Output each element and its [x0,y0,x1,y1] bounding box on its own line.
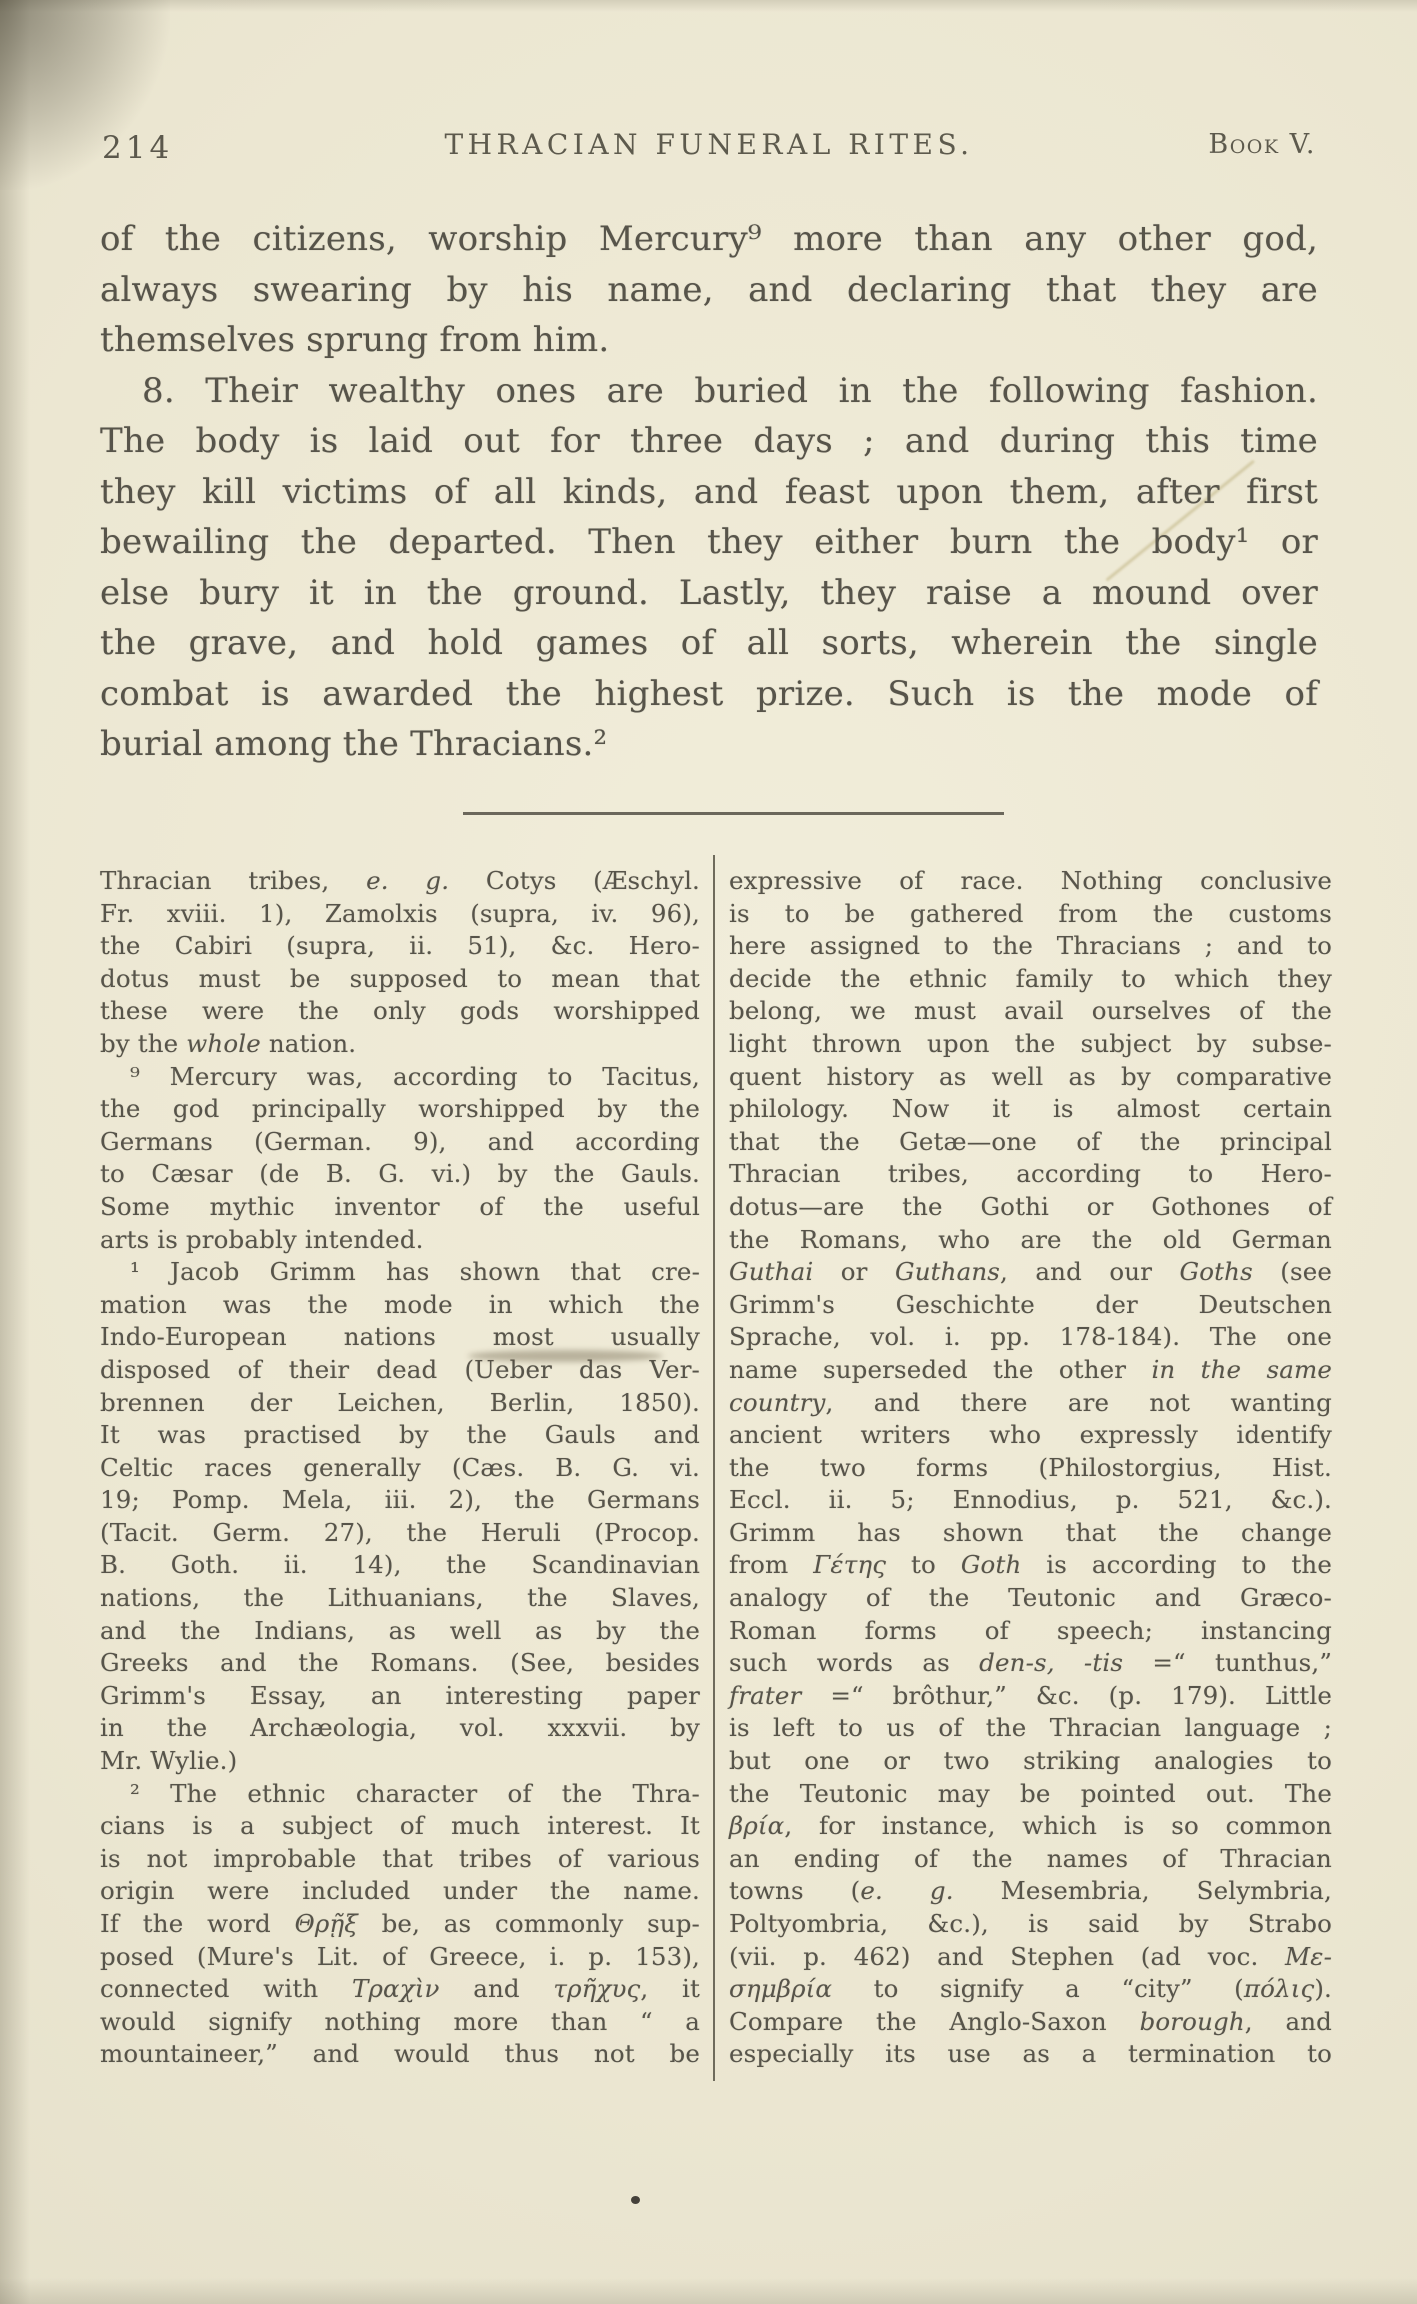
text-line: such words as den-s, -tis =“ tunthus,” [729,1647,1332,1680]
text-line: always swearing by his name, and declari… [100,265,1318,316]
book-page: 214 THRACIAN FUNERAL RITES. Book V. of t… [0,0,1417,2304]
text-line: Poltyombria, &c.), is said by Strabo [729,1908,1332,1941]
text-line: is left to us of the Thracian language ; [729,1712,1332,1745]
text-line: is to be gathered from the customs [729,898,1332,931]
text-line: Celtic races generally (Cæs. B. G. vi. [100,1452,700,1485]
text-line: else bury it in the ground. Lastly, they… [100,568,1318,619]
text-line: posed (Mure's Lit. of Greece, i. p. 153)… [100,1941,700,1974]
text-line: connected with Τραχὶν and τρῆχυς, it [100,1973,700,2006]
text-line: ² The ethnic character of the Thra- [100,1778,700,1811]
text-line: bewailing the departed. Then they either… [100,517,1318,568]
text-line: country, and there are not wanting [729,1387,1332,1420]
text-line: Germans (German. 9), and according [100,1126,700,1159]
text-line: the Cabiri (supra, ii. 51), &c. Hero- [100,930,700,963]
text-line: (Tacit. Germ. 27), the Heruli (Procop. [100,1517,700,1550]
text-line: It was practised by the Gauls and [100,1419,700,1452]
text-line: here assigned to the Thracians ; and to [729,930,1332,963]
text-line: Thracian tribes, e. g. Cotys (Æschyl. [100,865,700,898]
text-line: dotus—are the Gothi or Gothones of [729,1191,1332,1224]
text-line: they kill victims of all kinds, and feas… [100,467,1318,518]
text-line: towns (e. g. Mesembria, Selymbria, [729,1875,1332,1908]
text-line: the Teutonic may be pointed out. The [729,1778,1332,1811]
text-line: belong, we must avail ourselves of the [729,995,1332,1028]
text-line: ancient writers who expressly identify [729,1419,1332,1452]
text-line: name superseded the other in the same [729,1354,1332,1387]
text-line: burial among the Thracians.² [100,719,1318,770]
text-line: arts is probably intended. [100,1224,700,1257]
text-line: βρία, for instance, which is so common [729,1810,1332,1843]
text-line: Grimm's Geschichte der Deutschen [729,1289,1332,1322]
text-line: ¹ Jacob Grimm has shown that cre- [100,1256,700,1289]
text-line: the grave, and hold games of all sorts, … [100,618,1318,669]
text-line: (vii. p. 462) and Stephen (ad voc. Με- [729,1941,1332,1974]
text-line: philology. Now it is almost certain [729,1093,1332,1126]
page-header: 214 THRACIAN FUNERAL RITES. Book V. [100,126,1318,174]
text-line: The body is laid out for three days ; an… [100,416,1318,467]
text-line: cians is a subject of much interest. It [100,1810,700,1843]
text-line: mountaineer,” and would thus not be [100,2038,700,2071]
text-line: by the whole nation. [100,1028,700,1061]
text-line: If the word Θρῇξ be, as commonly sup- [100,1908,700,1941]
book-label: Book V. [1208,129,1316,160]
text-line: 19; Pomp. Mela, iii. 2), the Germans [100,1484,700,1517]
ink-smudge [468,1350,663,1362]
text-line: Compare the Anglo-Saxon borough, and [729,2006,1332,2039]
text-line: of the citizens, worship Mercury⁹ more t… [100,214,1318,265]
scan-edge-shadow-left [0,0,30,2304]
footnote-column-divider [713,855,715,2081]
footnote-column-left: Thracian tribes, e. g. Cotys (Æschyl.Fr.… [100,865,700,2071]
text-line: quent history as well as by comparative [729,1061,1332,1094]
text-line: the god principally worshipped by the [100,1093,700,1126]
text-line: σημβρία to signify a “city” (πόλις). [729,1973,1332,2006]
text-line: decide the ethnic family to which they [729,963,1332,996]
text-line: Greeks and the Romans. (See, besides [100,1647,700,1680]
text-line: the two forms (Philostorgius, Hist. [729,1452,1332,1485]
text-line: ⁹ Mercury was, according to Tacitus, [100,1061,700,1094]
text-line: these were the only gods worshipped [100,995,700,1028]
text-line: but one or two striking analogies to [729,1745,1332,1778]
text-line: from Γέτης to Goth is according to the [729,1549,1332,1582]
text-line: origin were included under the name. [100,1875,700,1908]
text-line: especially its use as a termination to [729,2038,1332,2071]
ink-speck [631,2196,640,2204]
text-line: B. Goth. ii. 14), the Scandinavian [100,1549,700,1582]
text-line: Thracian tribes, according to Hero- [729,1158,1332,1191]
text-line: Grimm has shown that the change [729,1517,1332,1550]
text-line: combat is awarded the highest prize. Suc… [100,669,1318,720]
text-line: is not improbable that tribes of various [100,1843,700,1876]
text-line: Some mythic inventor of the useful [100,1191,700,1224]
text-line: that the Getæ—one of the principal [729,1126,1332,1159]
text-line: Guthai or Guthans, and our Goths (see [729,1256,1332,1289]
text-line: the Romans, who are the old German [729,1224,1332,1257]
text-line: expressive of race. Nothing conclusive [729,865,1332,898]
text-line: dotus must be supposed to mean that [100,963,700,996]
text-line: brennen der Leichen, Berlin, 1850). [100,1387,700,1420]
text-line: themselves sprung from him. [100,315,1318,366]
text-line: Eccl. ii. 5; Ennodius, p. 521, &c.). [729,1484,1332,1517]
text-line: an ending of the names of Thracian [729,1843,1332,1876]
text-line: to Cæsar (de B. G. vi.) by the Gauls. [100,1158,700,1191]
text-line: Indo-European nations most usually [100,1321,700,1354]
text-line: Sprache, vol. i. pp. 178-184). The one [729,1321,1332,1354]
text-line: Grimm's Essay, an interesting paper [100,1680,700,1713]
footnote-column-right: expressive of race. Nothing conclusiveis… [729,865,1332,2071]
text-line: would signify nothing more than “ a [100,2006,700,2039]
scan-edge-shadow-top [0,0,1417,12]
text-line: Roman forms of speech; instancing [729,1615,1332,1648]
text-line: analogy of the Teutonic and Græco- [729,1582,1332,1615]
text-line: mation was the mode in which the [100,1289,700,1322]
text-line: Mr. Wylie.) [100,1745,700,1778]
text-line: Fr. xviii. 1), Zamolxis (supra, iv. 96), [100,898,700,931]
text-line: 8. Their wealthy ones are buried in the … [100,366,1318,417]
text-line: nations, the Lithuanians, the Slaves, [100,1582,700,1615]
main-text-block: of the citizens, worship Mercury⁹ more t… [100,214,1318,770]
text-line: light thrown upon the subject by subse- [729,1028,1332,1061]
scan-edge-shadow-bottom [0,2278,1417,2304]
footnote-separator-rule [463,812,1004,815]
running-title: THRACIAN FUNERAL RITES. [100,128,1318,161]
text-line: frater =“ brôthur,” &c. (p. 179). Little [729,1680,1332,1713]
text-line: in the Archæologia, vol. xxxvii. by [100,1712,700,1745]
text-line: and the Indians, as well as by the [100,1615,700,1648]
